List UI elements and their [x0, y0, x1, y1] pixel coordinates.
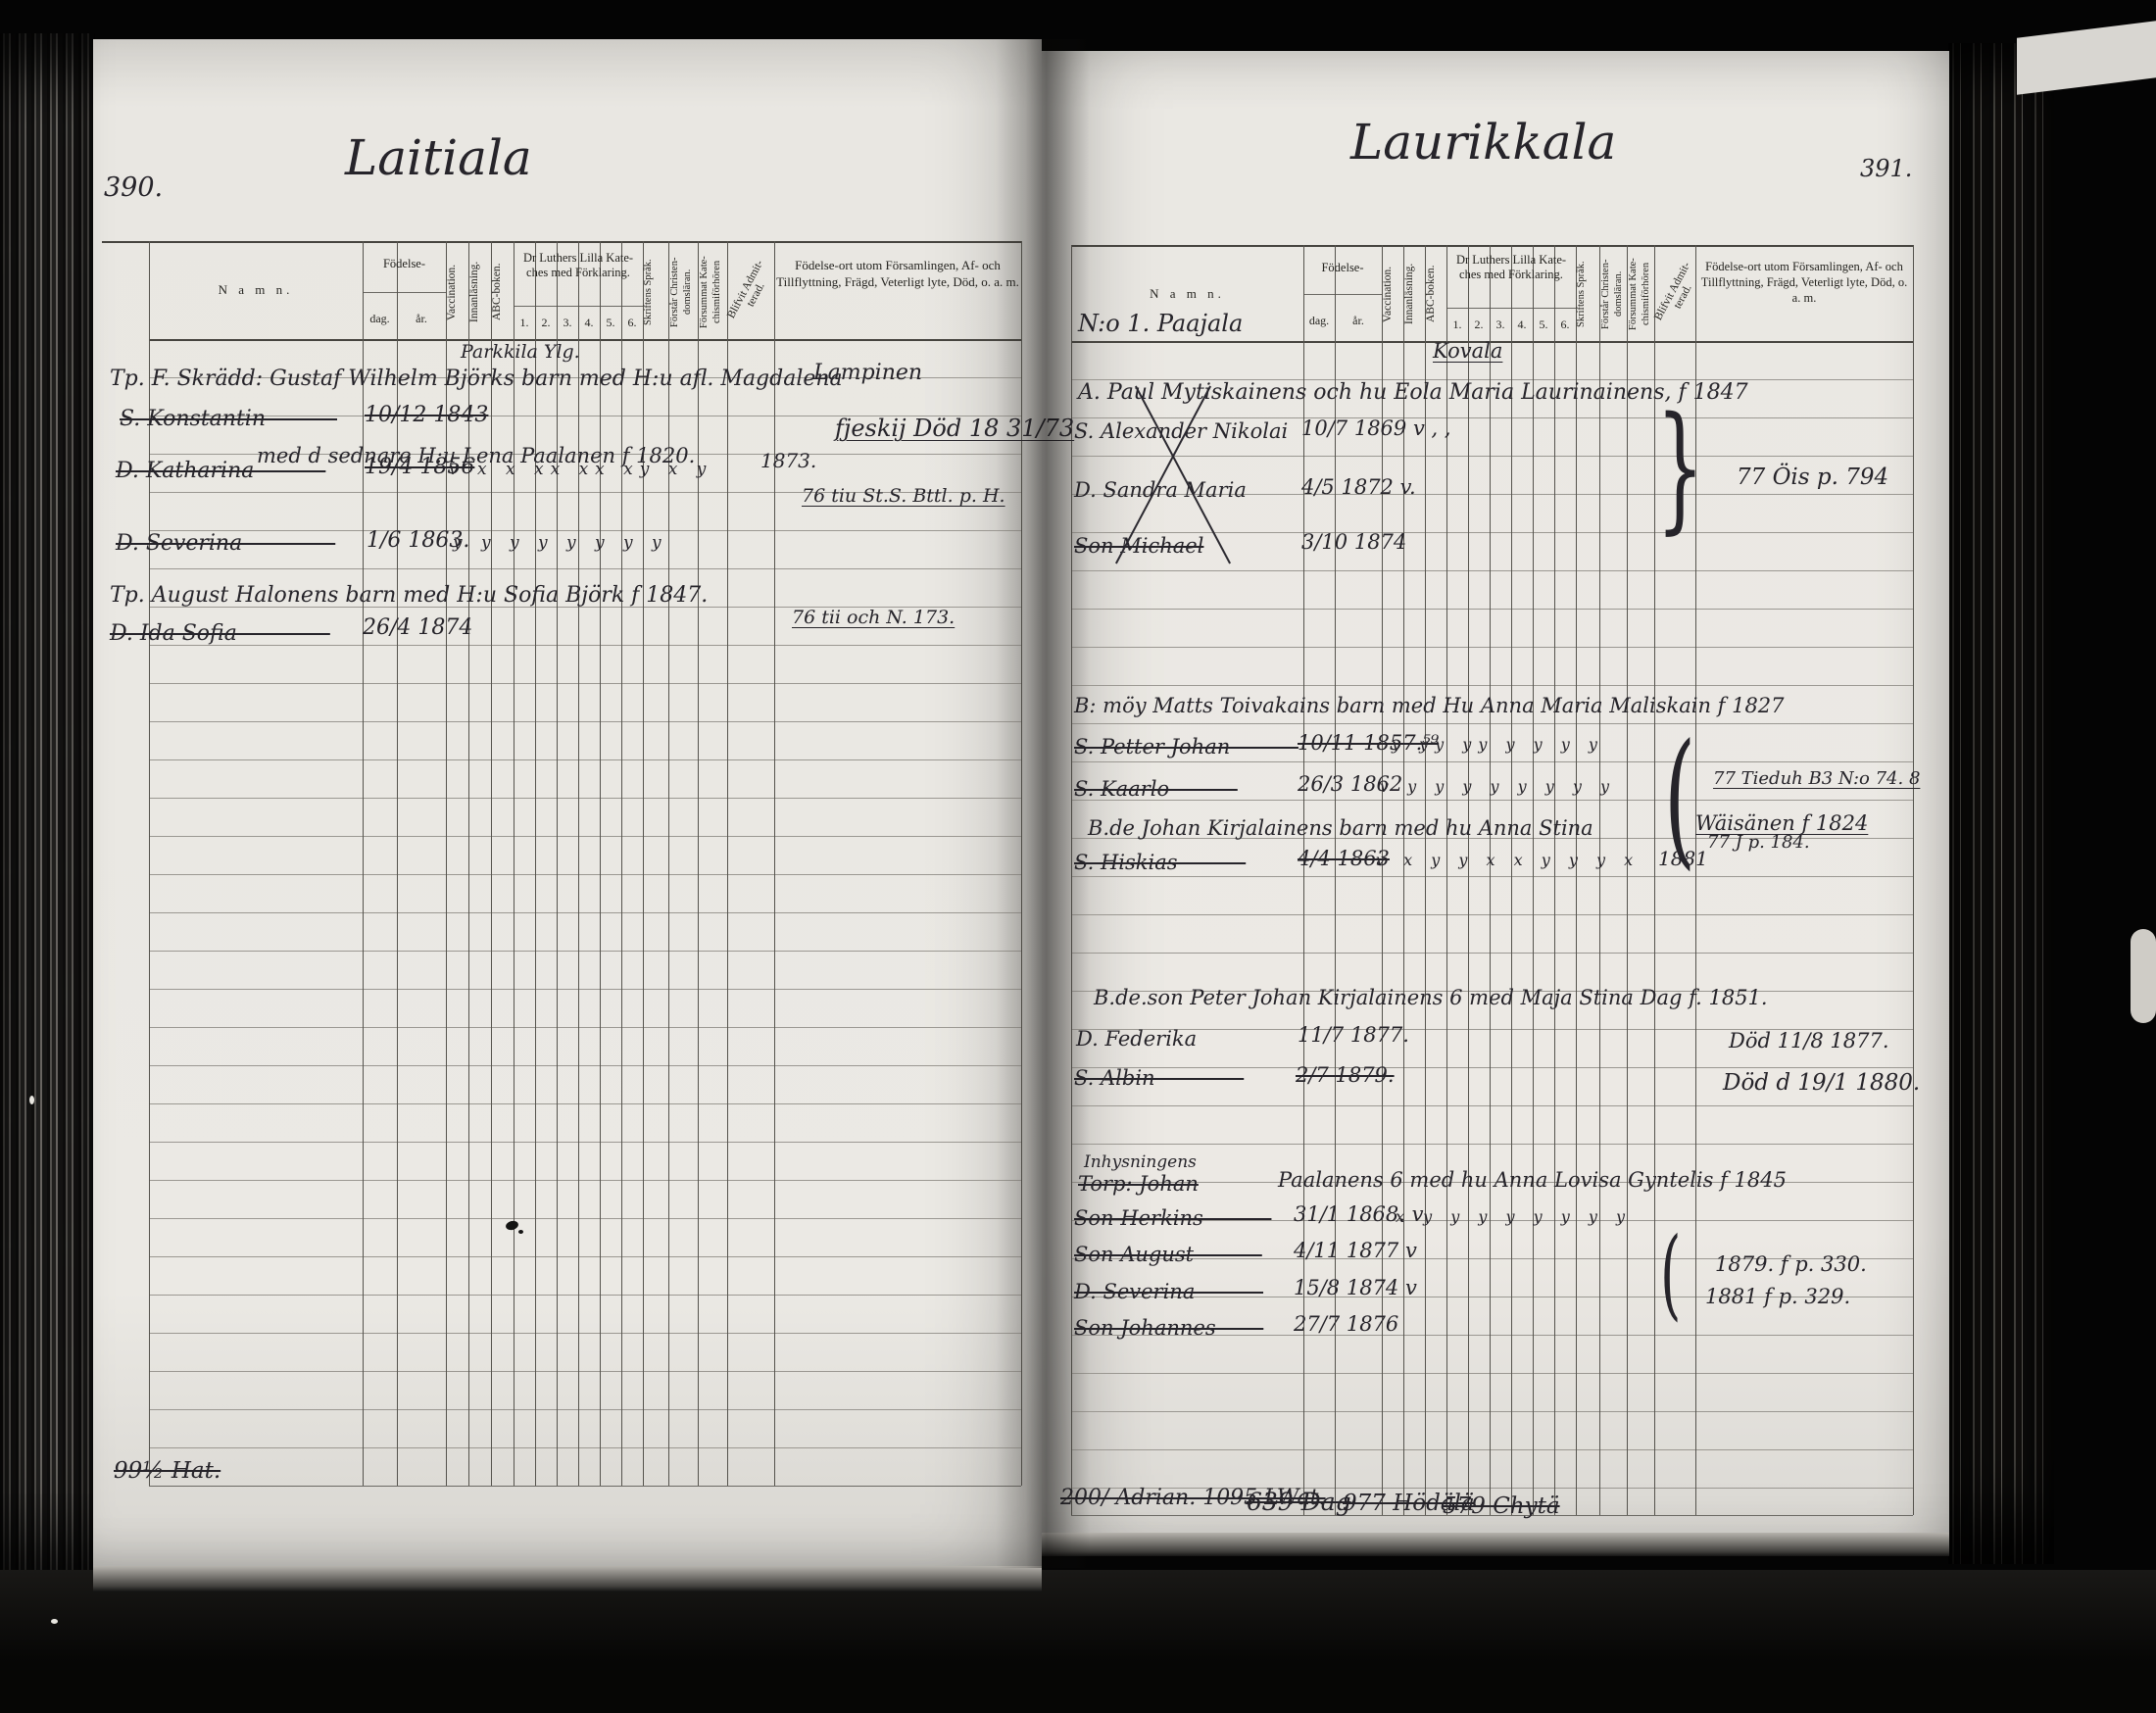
ink-blot: [518, 1230, 523, 1234]
dust-speck: [51, 1619, 58, 1624]
book-right-page-stack-edge: [1948, 43, 2054, 1564]
book-gutter-shadow: [996, 39, 1090, 1568]
book-left-page-stack-edge: [0, 33, 95, 1593]
page-corner-sliver: [2017, 21, 2156, 94]
scanned-parish-register-spread: { "headers": { "namn": "N a m n.", "fode…: [0, 0, 2156, 1713]
left-page: [93, 39, 1042, 1566]
page-number-right: 391.: [1860, 157, 1912, 180]
page-edge-highlight: [2131, 929, 2156, 1023]
right-page: [1042, 51, 1949, 1533]
page-title-right: Laurikkala: [1350, 118, 1616, 167]
dust-speck: [29, 1096, 34, 1104]
right-page-bottom-edge: [1042, 1533, 1949, 1556]
page-title-left: Laitiala: [345, 133, 532, 182]
page-number-left: 390.: [104, 174, 163, 201]
left-page-bottom-edge: [93, 1566, 1042, 1591]
